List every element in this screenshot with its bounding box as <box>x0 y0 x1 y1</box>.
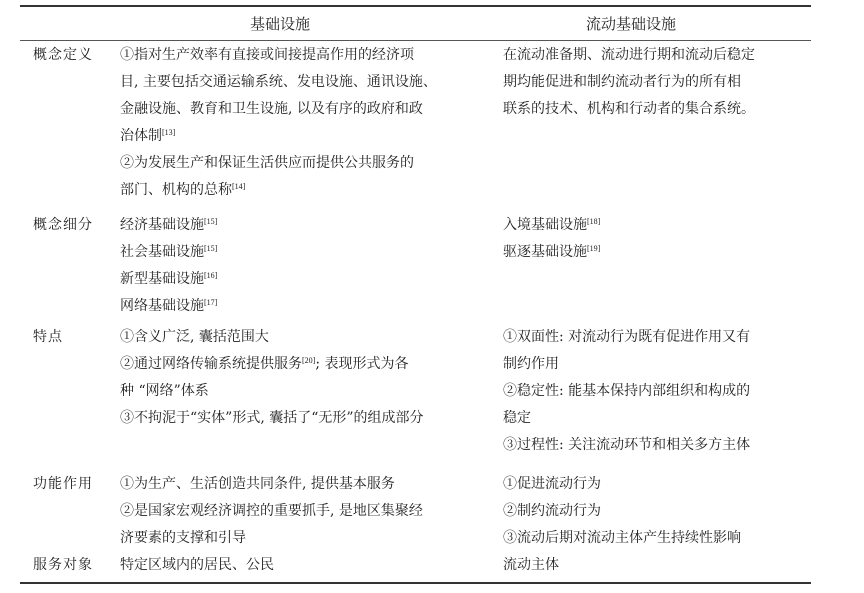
cell-line: 金融设施、教育和卫生设施, 以及有序的政府和政 <box>120 96 490 123</box>
cell-infrastructure: ①指对生产效率有直接或间接提高作用的经济项 目, 主要包括交通运输系统、发电设施… <box>120 42 490 204</box>
table-bottom-rule <box>20 582 811 584</box>
cell-line: 济要素的支撑和引导 <box>120 525 490 552</box>
row-label: 概念细分 <box>33 212 93 239</box>
citation-ref: [18] <box>587 217 600 226</box>
row-label: 特点 <box>33 324 63 351</box>
cell-infrastructure: ①为生产、生活创造共同条件, 提供基本服务 ②是国家宏观经济调控的重要抓手, 是… <box>120 471 490 552</box>
cell-line: ②通过网络传输系统提供服务[20]; 表现形式为各 <box>120 351 490 378</box>
citation-ref: [13] <box>162 128 175 137</box>
row-label: 概念定义 <box>33 42 93 69</box>
cell-line: ②是国家宏观经济调控的重要抓手, 是地区集聚经 <box>120 498 490 525</box>
cell-line: 期均能促进和制约流动者行为的所有相 <box>503 69 803 96</box>
cell-line: 经济基础设施[15] <box>120 212 490 239</box>
column-header-infrastructure: 基础设施 <box>250 14 310 34</box>
cell-line: ①促进流动行为 <box>503 471 803 498</box>
citation-ref: [16] <box>204 271 217 280</box>
cell-line: ②为发展生产和保证生活供应而提供公共服务的 <box>120 150 490 177</box>
cell-mobility-infrastructure: 在流动准备期、流动进行期和流动后稳定 期均能促进和制约流动者行为的所有相 联系的… <box>503 42 803 123</box>
citation-ref: [20] <box>302 356 315 365</box>
cell-line: 治体制[13] <box>120 123 490 150</box>
cell-line: ③不拘泥于“实体”形式, 囊括了“无形”的组成部分 <box>120 405 490 432</box>
cell-infrastructure: ①含义广泛, 囊括范围大 ②通过网络传输系统提供服务[20]; 表现形式为各 种… <box>120 324 490 432</box>
cell-line: 稳定 <box>503 405 803 432</box>
cell-line: 网络基础设施[17] <box>120 293 490 320</box>
citation-ref: [19] <box>587 244 600 253</box>
cell-line: ①指对生产效率有直接或间接提高作用的经济项 <box>120 42 490 69</box>
cell-line: 部门、机构的总称[14] <box>120 177 490 204</box>
cell-mobility-infrastructure: ①双面性: 对流动行为既有促进作用又有 制约作用 ②稳定性: 能基本保持内部组织… <box>503 324 803 459</box>
cell-line: ③过程性: 关注流动环节和相关多方主体 <box>503 432 803 459</box>
row-label: 服务对象 <box>33 552 93 579</box>
cell-line: ①双面性: 对流动行为既有促进作用又有 <box>503 324 803 351</box>
cell-line: 特定区域内的居民、公民 <box>120 552 490 579</box>
cell-mobility-infrastructure: 流动主体 <box>503 552 803 579</box>
cell-line: 联系的技术、机构和行动者的集合系统。 <box>503 96 803 123</box>
row-label: 功能作用 <box>33 471 93 498</box>
column-header-mobility-infrastructure: 流动基础设施 <box>586 14 676 34</box>
cell-mobility-infrastructure: ①促进流动行为 ②制约流动行为 ③流动后期对流动主体产生持续性影响 <box>503 471 803 552</box>
cell-line: ②制约流动行为 <box>503 498 803 525</box>
cell-line: ③流动后期对流动主体产生持续性影响 <box>503 525 803 552</box>
cell-line: 流动主体 <box>503 552 803 579</box>
citation-ref: [15] <box>204 217 217 226</box>
cell-mobility-infrastructure: 入境基础设施[18] 驱逐基础设施[19] <box>503 212 803 266</box>
cell-line: ①为生产、生活创造共同条件, 提供基本服务 <box>120 471 490 498</box>
cell-line: ①含义广泛, 囊括范围大 <box>120 324 490 351</box>
cell-line: 目, 主要包括交通运输系统、发电设施、通讯设施、 <box>120 69 490 96</box>
citation-ref: [17] <box>204 298 217 307</box>
table-header-rule <box>20 40 811 41</box>
cell-line: 种 “网络”体系 <box>120 378 490 405</box>
citation-ref: [15] <box>204 244 217 253</box>
cell-line: 在流动准备期、流动进行期和流动后稳定 <box>503 42 803 69</box>
cell-line: 社会基础设施[15] <box>120 239 490 266</box>
cell-infrastructure: 经济基础设施[15] 社会基础设施[15] 新型基础设施[16] 网络基础设施[… <box>120 212 490 320</box>
cell-infrastructure: 特定区域内的居民、公民 <box>120 552 490 579</box>
cell-line: 制约作用 <box>503 351 803 378</box>
cell-line: 新型基础设施[16] <box>120 266 490 293</box>
table-top-rule <box>20 5 811 7</box>
cell-line: 入境基础设施[18] <box>503 212 803 239</box>
cell-line: 驱逐基础设施[19] <box>503 239 803 266</box>
citation-ref: [14] <box>232 182 245 191</box>
cell-line: ②稳定性: 能基本保持内部组织和构成的 <box>503 378 803 405</box>
